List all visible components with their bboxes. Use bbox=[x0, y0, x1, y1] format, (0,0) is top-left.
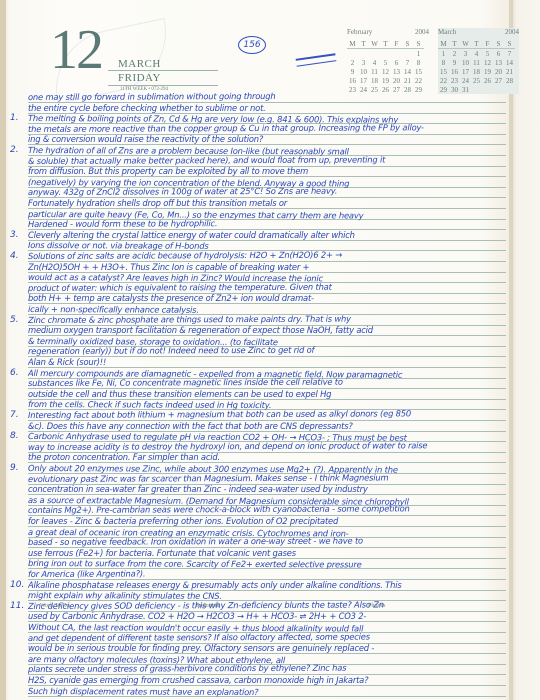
handwritten-line: contains Mg2+). Pre-cambrian seas were c… bbox=[28, 503, 506, 515]
calendar-day: 14 bbox=[402, 67, 413, 76]
calendar-day: 19 bbox=[380, 76, 391, 85]
handwritten-line: the metals are more reactive than the co… bbox=[28, 122, 506, 134]
handwritten-line: &c). Does this have any connection with … bbox=[28, 421, 506, 431]
handwritten-line: Solutions of zinc salts are acidic becau… bbox=[28, 249, 506, 261]
calendar-february: February2004 MTWTFSS 1234567891011121314… bbox=[347, 28, 429, 94]
calendar-day: 20 bbox=[391, 76, 402, 85]
handwritten-line: Interesting fact about both lithium + ma… bbox=[28, 408, 506, 420]
weekday-header: M bbox=[347, 39, 358, 49]
handwritten-line: use ferrous (Fe2+) for bacteria. Fortuna… bbox=[28, 548, 506, 558]
page-edge bbox=[509, 0, 513, 700]
handwritten-line: would be in serious trouble for finding … bbox=[28, 643, 506, 653]
calendar-day: 15 bbox=[413, 67, 424, 76]
calendar-day: 3 bbox=[460, 49, 471, 59]
day-number: 12 bbox=[50, 22, 102, 78]
calendar-week: 15161718192021 bbox=[438, 67, 515, 76]
handwritten-line: outside the cell and thus these transiti… bbox=[28, 389, 506, 399]
calendar-day: 26 bbox=[482, 76, 493, 85]
handwritten-line: one may still go forward in sublimation … bbox=[28, 90, 506, 102]
note-number: 6. bbox=[10, 368, 19, 378]
weekday-header: T bbox=[380, 39, 391, 49]
calendar-day: 13 bbox=[493, 58, 504, 67]
handwritten-line: for leaves - Zinc & bacteria preferring … bbox=[28, 516, 506, 526]
handwritten-line: way to increase acidity is to destroy th… bbox=[28, 440, 506, 452]
note-number: 11. bbox=[10, 601, 24, 611]
weekday-header: T bbox=[471, 39, 482, 49]
calendar-day: 16 bbox=[347, 76, 358, 85]
calendar-day: 15 bbox=[438, 67, 449, 76]
note-number: 7. bbox=[10, 410, 19, 420]
weekday-header: F bbox=[482, 39, 493, 49]
handwritten-line: medium oxygen transport facilitation & r… bbox=[28, 325, 506, 335]
calendar-day: 1 bbox=[413, 49, 424, 59]
calendar-day: 10 bbox=[460, 58, 471, 67]
calendar-week: 2345678 bbox=[347, 58, 424, 67]
month-label: MARCH bbox=[118, 58, 161, 70]
calendar-week: 891011121314 bbox=[438, 58, 515, 67]
calendar-day bbox=[380, 49, 391, 59]
handwritten-line: ing & conversion would raise the reactiv… bbox=[28, 134, 506, 144]
calendar-day: 18 bbox=[471, 67, 482, 76]
calendar-day: 25 bbox=[471, 76, 482, 85]
calendar-day: 7 bbox=[504, 49, 515, 59]
handwritten-line: Fortunately hydration shells drop off bu… bbox=[28, 198, 506, 208]
calendar-day: 5 bbox=[380, 58, 391, 67]
calendar-day: 14 bbox=[504, 58, 515, 67]
weekday-header: S bbox=[402, 39, 413, 49]
weekday-header: S bbox=[413, 39, 424, 49]
handwritten-line: Zn(H2O)5OH + + H3O+. Thus Zinc Ion is ca… bbox=[28, 262, 506, 272]
calendar-day: 6 bbox=[493, 49, 504, 59]
calendar-grid: MTWTFSS 12345678910111213141516171819202… bbox=[438, 39, 515, 94]
calendar-day: 17 bbox=[460, 67, 471, 76]
calendar-day: 9 bbox=[347, 67, 358, 76]
handwritten-line: the proton concentration. Far simpler th… bbox=[28, 452, 506, 462]
label-work-to-do: Work To Do bbox=[40, 603, 70, 609]
handwritten-line: based - so negative feedback. Iron oxida… bbox=[28, 535, 506, 547]
weekday-header: T bbox=[449, 39, 460, 49]
weekday-header: S bbox=[504, 39, 515, 49]
handwritten-line: evolutionary past Zinc was far scarcer t… bbox=[28, 472, 506, 484]
handwritten-line: Zinc deficiency gives SOD deficiency - i… bbox=[28, 599, 506, 611]
handwritten-line: Hardened - would form these to be hydrop… bbox=[28, 217, 506, 229]
handwritten-line: Cleverly altering the crystal lattice en… bbox=[28, 230, 506, 240]
note-number: 2. bbox=[10, 145, 19, 155]
calendar-day: 12 bbox=[482, 58, 493, 67]
handwritten-line: substances like Fe, Ni, Co concentrate m… bbox=[28, 376, 506, 388]
calendar-day: 20 bbox=[493, 67, 504, 76]
handwritten-line: Such high displacement rates must have a… bbox=[28, 686, 506, 698]
header-divider bbox=[108, 85, 218, 86]
calendar-day bbox=[369, 49, 380, 59]
scribble-mark bbox=[296, 53, 337, 66]
handwritten-line: for America (like Argentina?). bbox=[28, 567, 506, 579]
handwritten-line: product of water: which is equivalent to… bbox=[28, 281, 506, 293]
label-phones: Phones bbox=[368, 603, 385, 609]
calendar-day: 16 bbox=[449, 67, 460, 76]
calendar-day: 9 bbox=[449, 58, 460, 67]
calendar-day bbox=[391, 49, 402, 59]
calendar-week: 1234567 bbox=[438, 49, 515, 59]
handwritten-line: the entire cycle before checking whether… bbox=[28, 103, 506, 113]
calendar-day: 28 bbox=[504, 76, 515, 85]
handwritten-line: from diffusion. But this property can be… bbox=[28, 166, 506, 176]
calendar-day: 2 bbox=[347, 58, 358, 67]
calendar-day: 22 bbox=[413, 76, 424, 85]
page-binding bbox=[0, 0, 6, 700]
page-number: 156 bbox=[238, 36, 266, 54]
calendar-month: February bbox=[347, 28, 372, 36]
handwritten-line: regeneration (early)) but if do not! Ind… bbox=[28, 344, 506, 356]
handwritten-line: concentration in sea-water far greater t… bbox=[28, 484, 506, 494]
calendar-day: 17 bbox=[358, 76, 369, 85]
weekday-header: S bbox=[493, 39, 504, 49]
calendar-day: 23 bbox=[449, 76, 460, 85]
calendar-day: 18 bbox=[369, 76, 380, 85]
calendar-day: 5 bbox=[482, 49, 493, 59]
calendar-day: 4 bbox=[471, 49, 482, 59]
calendar-day: 6 bbox=[391, 58, 402, 67]
calendar-day bbox=[347, 49, 358, 59]
calendar-year: 2004 bbox=[415, 28, 429, 36]
weekday-header: M bbox=[438, 39, 449, 49]
handwritten-line: Alkaline phosphatase releases energy & p… bbox=[28, 580, 506, 590]
calendar-day: 8 bbox=[413, 58, 424, 67]
calendar-day: 2 bbox=[449, 49, 460, 59]
weekday-header: W bbox=[460, 39, 471, 49]
handwritten-line: and get dependent of different taste sen… bbox=[28, 631, 506, 643]
date-header: 12 MARCH FRIDAY 11TH WEEK • 072-294 bbox=[40, 22, 230, 94]
weekday-label: FRIDAY bbox=[118, 72, 161, 84]
note-number: 3. bbox=[10, 230, 19, 240]
calendar-month: March bbox=[438, 28, 456, 36]
note-number: 9. bbox=[10, 463, 19, 473]
note-number: 8. bbox=[10, 431, 19, 441]
diary-page: 12 MARCH FRIDAY 11TH WEEK • 072-294 156 … bbox=[0, 0, 540, 700]
calendar-day: 21 bbox=[402, 76, 413, 85]
calendar-day: 13 bbox=[391, 67, 402, 76]
header-divider bbox=[108, 70, 218, 71]
calendar-day bbox=[402, 49, 413, 59]
calendar-day: 22 bbox=[438, 76, 449, 85]
label-important: Important bbox=[196, 603, 220, 609]
weekday-header: W bbox=[369, 39, 380, 49]
calendar-day: 7 bbox=[402, 58, 413, 67]
calendar-grid: MTWTFSS 12345678910111213141516171819202… bbox=[347, 39, 424, 94]
handwritten-line: used by Carbonic Anhydrase. CO2 + H2O → … bbox=[28, 611, 506, 621]
calendar-year: 2004 bbox=[505, 28, 519, 36]
handwritten-line: H2S, cyanide gas emerging from crushed c… bbox=[28, 675, 506, 685]
calendar-week: 22232425262728 bbox=[438, 76, 515, 85]
calendar-day: 3 bbox=[358, 58, 369, 67]
calendar-day: 11 bbox=[471, 58, 482, 67]
calendar-day: 19 bbox=[482, 67, 493, 76]
handwritten-line: Zinc chromate & zinc phosphate are thing… bbox=[28, 313, 506, 325]
calendar-week: 1 bbox=[347, 49, 424, 59]
handwritten-line: plants secrete under stress of grass-her… bbox=[28, 662, 506, 674]
calendar-day: 1 bbox=[438, 49, 449, 59]
calendar-day: 10 bbox=[358, 67, 369, 76]
calendar-day bbox=[358, 49, 369, 59]
calendar-day: 12 bbox=[380, 67, 391, 76]
handwritten-line: Alan & Rick (sour)!! bbox=[28, 357, 506, 367]
calendar-day: 11 bbox=[369, 67, 380, 76]
weekday-header: F bbox=[391, 39, 402, 49]
calendar-week: 9101112131415 bbox=[347, 67, 424, 76]
handwritten-line: anyway. 432g of ZnCl2 dissolves in 100g … bbox=[28, 185, 506, 197]
calendar-day: 24 bbox=[460, 76, 471, 85]
calendar-week: 16171819202122 bbox=[347, 76, 424, 85]
weekday-header: T bbox=[358, 39, 369, 49]
calendar-day: 27 bbox=[493, 76, 504, 85]
note-number: 1. bbox=[10, 113, 19, 123]
calendar-march: March2004 MTWTFSS 1234567891011121314151… bbox=[438, 28, 519, 94]
calendar-day: 4 bbox=[369, 58, 380, 67]
note-number: 10. bbox=[10, 580, 24, 590]
calendar-day: 21 bbox=[504, 67, 515, 76]
handwritten-line: & soluble) that actually make better pac… bbox=[28, 154, 506, 166]
note-number: 5. bbox=[10, 315, 19, 325]
handwritten-line: both H+ + temp are catalysts the presenc… bbox=[28, 293, 506, 303]
calendar-day: 8 bbox=[438, 58, 449, 67]
note-number: 4. bbox=[10, 251, 19, 261]
